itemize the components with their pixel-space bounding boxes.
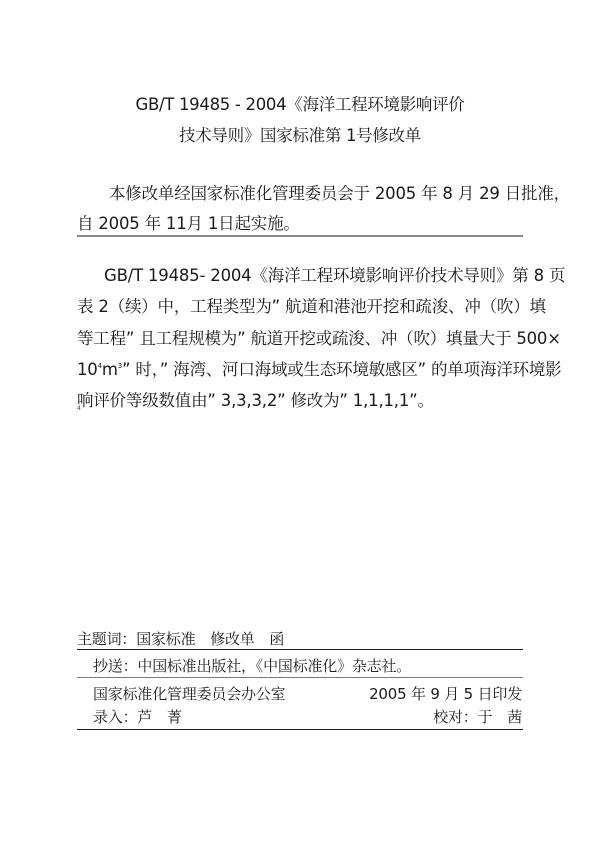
divider-rule bbox=[77, 235, 523, 237]
proofread-by: 校对：于 茜 bbox=[433, 706, 522, 727]
amendment-text-line5: 响评价等级数值由” 3,3,3,2” 修改为” 1,1,1,1”。 bbox=[77, 387, 434, 411]
subject-words: 主题词：国家标准 修改单 函 bbox=[77, 628, 284, 649]
document-title-line1: GB/T 19485 - 2004《海洋工程环境影响评价 bbox=[0, 91, 600, 115]
entered-by: 录入：芦 菁 bbox=[93, 706, 182, 727]
approval-text-line2: 自 2005 年 11月 1日起实施。 bbox=[77, 210, 300, 234]
amendment-text-line1: GB/T 19485- 2004《海洋工程环境影响评价技术导则》第 8 页 bbox=[104, 262, 565, 286]
approval-text-line1: 本修改单经国家标准化管理委员会于 2005 年 8 月 29 日批准， bbox=[109, 180, 570, 204]
amendment-text-line2: 表 2（续）中，工程类型为” 航道和港池开挖和疏浚、冲（吹）填 bbox=[77, 293, 546, 317]
quantity-unit: m bbox=[102, 360, 118, 379]
cc-recipients: 抄送：中国标准出版社，《中国标准化》杂志社。 bbox=[93, 655, 411, 676]
amendment-text-line4-rest: ” 时，” 海湾、河口海域或生态环境敏感区” 的单项海洋环境影 bbox=[122, 360, 561, 379]
subject-rule bbox=[77, 649, 523, 650]
issuing-office: 国家标准化管理委员会办公室 bbox=[93, 683, 285, 704]
bottom-rule bbox=[77, 729, 523, 730]
amendment-text-line3: 等工程” 且工程规模为” 航道开挖或疏浚、冲（吹）填量大于 500× bbox=[77, 325, 561, 349]
footnote-mark: 4 bbox=[77, 405, 81, 412]
document-title-line2: 技术导则》国家标准第 1号修改单 bbox=[0, 122, 600, 146]
amendment-text-line4: 104m3” 时，” 海湾、河口海域或生态环境敏感区” 的单项海洋环境影 bbox=[77, 356, 561, 380]
cc-rule bbox=[77, 677, 523, 678]
quantity-base: 10 bbox=[77, 360, 98, 379]
issue-date: 2005 年 9 月 5 日印发 bbox=[369, 683, 522, 704]
